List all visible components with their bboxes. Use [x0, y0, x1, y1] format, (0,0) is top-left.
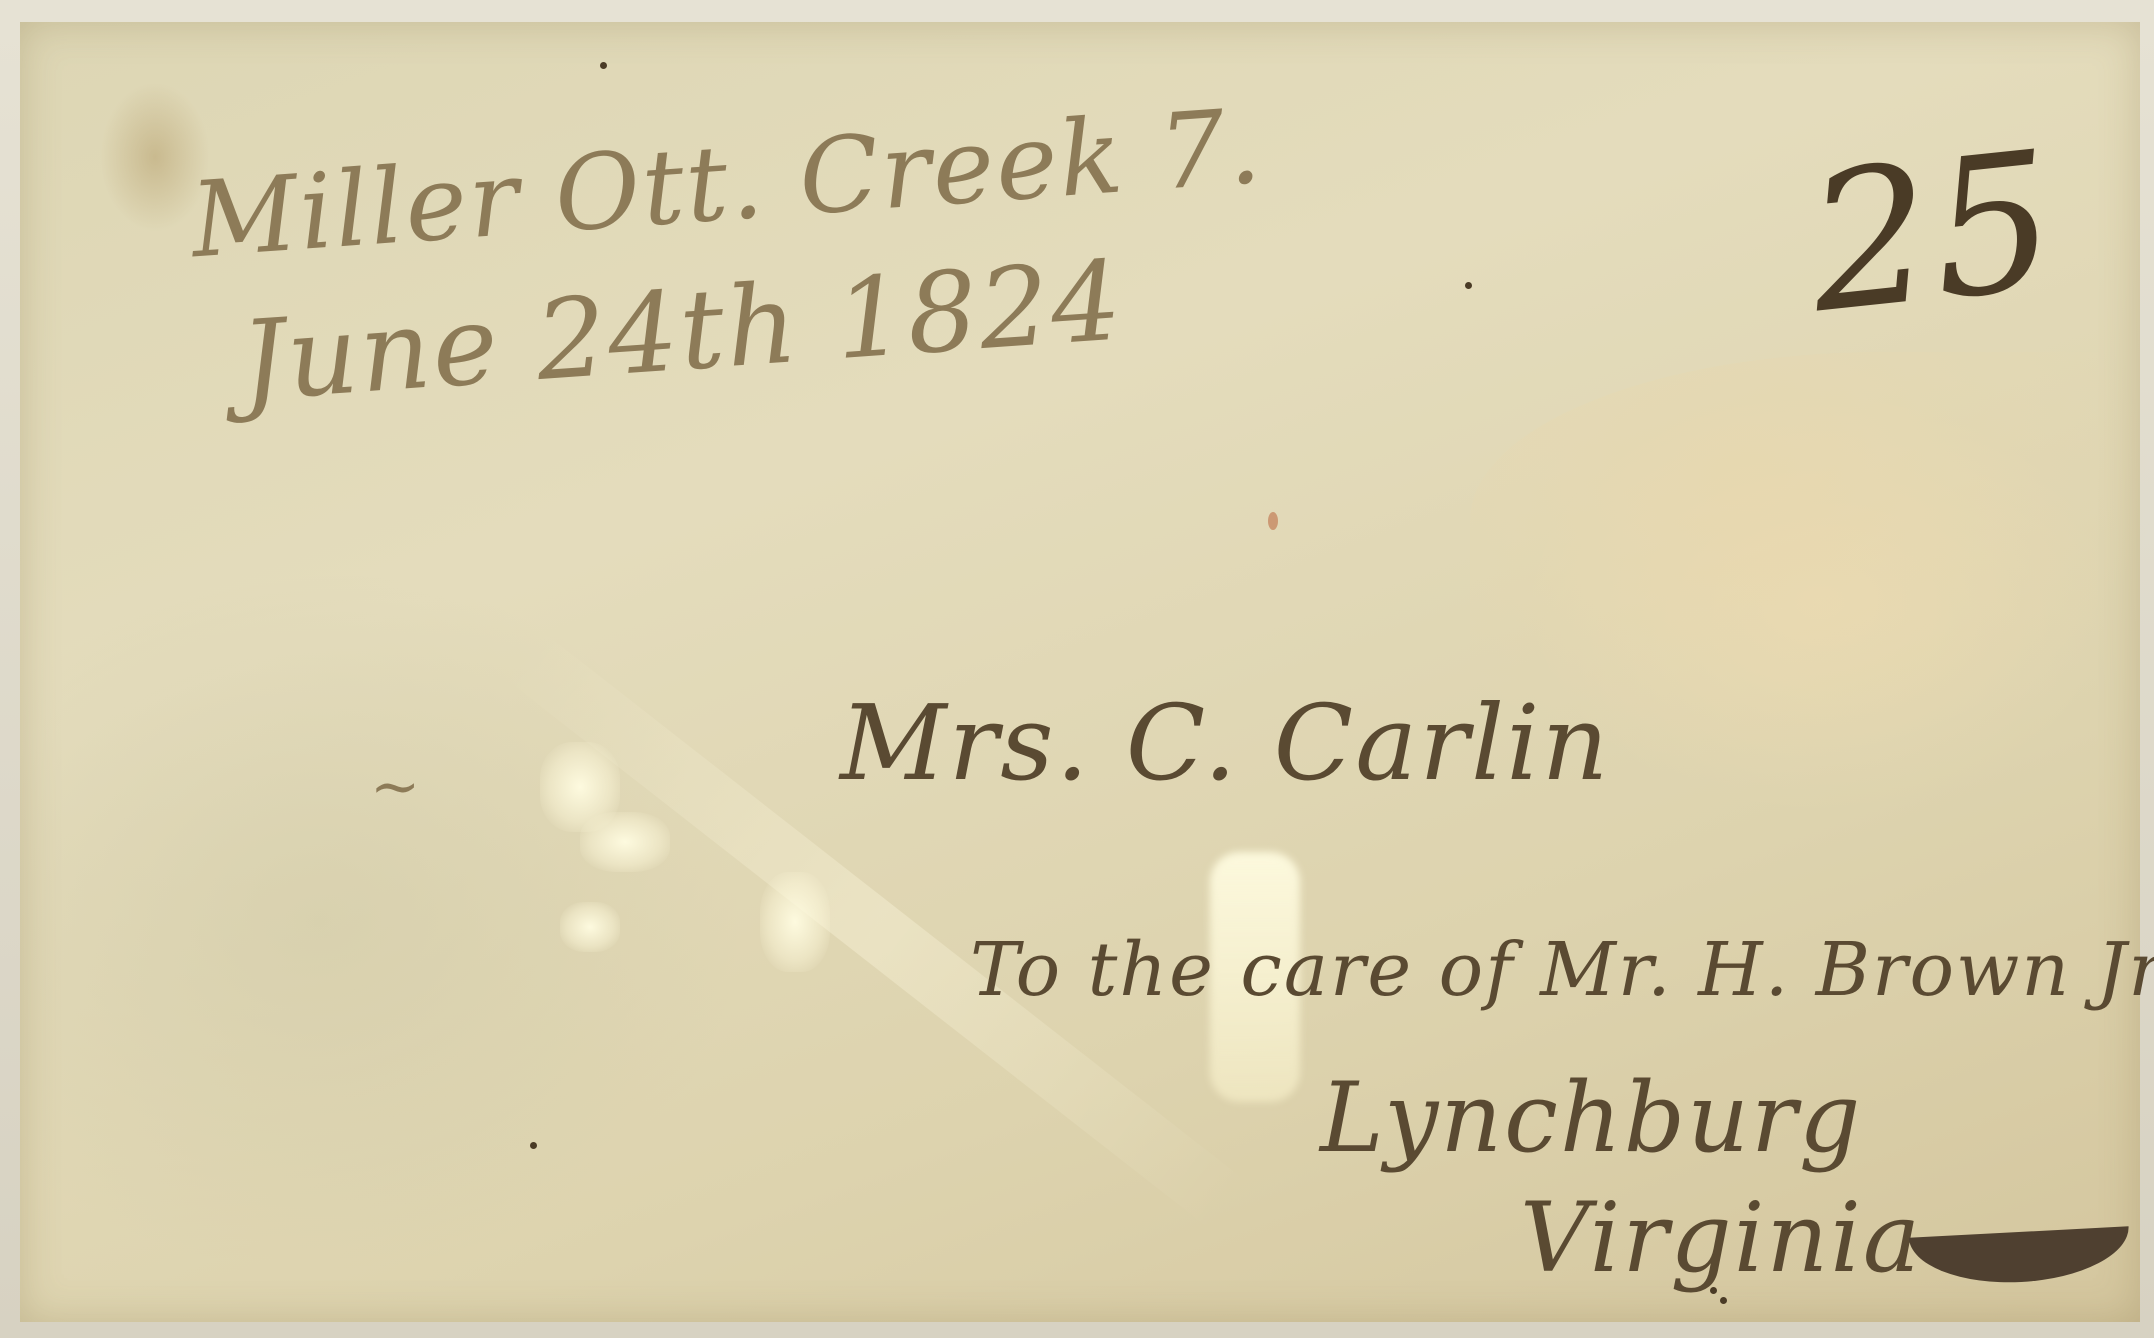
- red-stain: [1268, 512, 1278, 530]
- ink-dot: [1710, 1287, 1717, 1294]
- letter-cover: Miller Ott. Creek 7. June 24th 1824 25 ~…: [20, 22, 2140, 1322]
- addressee-name: Mrs. C. Carlin: [840, 682, 1610, 804]
- glare-spot: [580, 812, 670, 872]
- ink-flourish: [1909, 1226, 2131, 1287]
- ink-dot: [600, 62, 607, 69]
- ink-dot: [530, 1142, 537, 1149]
- care-of-line: To the care of Mr. H. Brown Jr.: [970, 927, 2154, 1013]
- ink-dot: [1720, 1297, 1727, 1304]
- state-line: Virginia: [1520, 1182, 1922, 1294]
- glare-spot: [760, 872, 830, 972]
- glare-spot: [560, 902, 620, 952]
- rate-marking: 25: [1799, 110, 2067, 355]
- city-line: Lynchburg: [1320, 1062, 1862, 1174]
- ink-dot: [1465, 282, 1472, 289]
- margin-mark: ~: [370, 752, 422, 822]
